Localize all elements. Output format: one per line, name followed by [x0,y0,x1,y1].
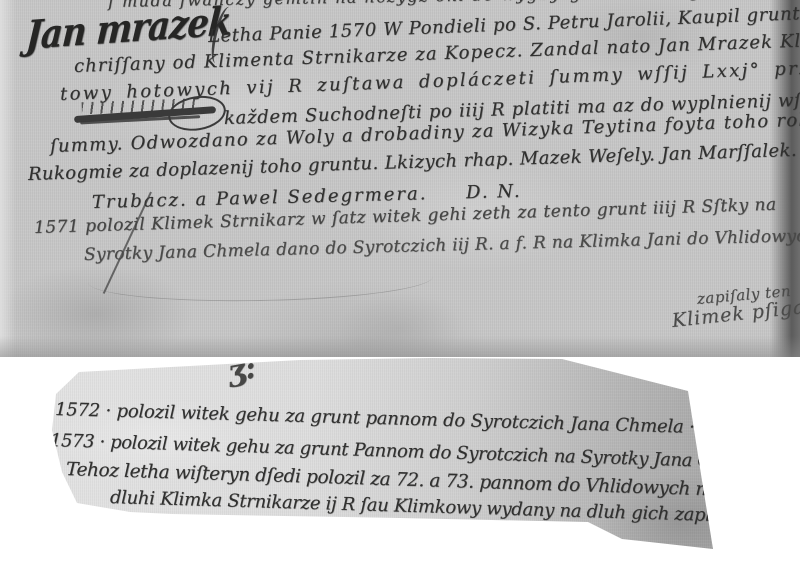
strikethrough-scribble [71,93,224,134]
paper-fragment-top: ſ muda ſwanczy gemtin na hczygz oni do w… [0,0,800,357]
entry-heading-jan-mrazek: Jan mrazek [24,0,232,59]
paper-bottom-shadow [0,336,800,357]
page-root: ſ muda ſwanczy gemtin na hczygz oni do w… [0,0,800,565]
paper-fragment-bottom: ʒ: 1572 · polozil witek gehu za grunt pa… [0,355,800,565]
ink-flourish-mark: ʒ: [225,355,259,390]
paper-left-light-edge [0,0,16,357]
